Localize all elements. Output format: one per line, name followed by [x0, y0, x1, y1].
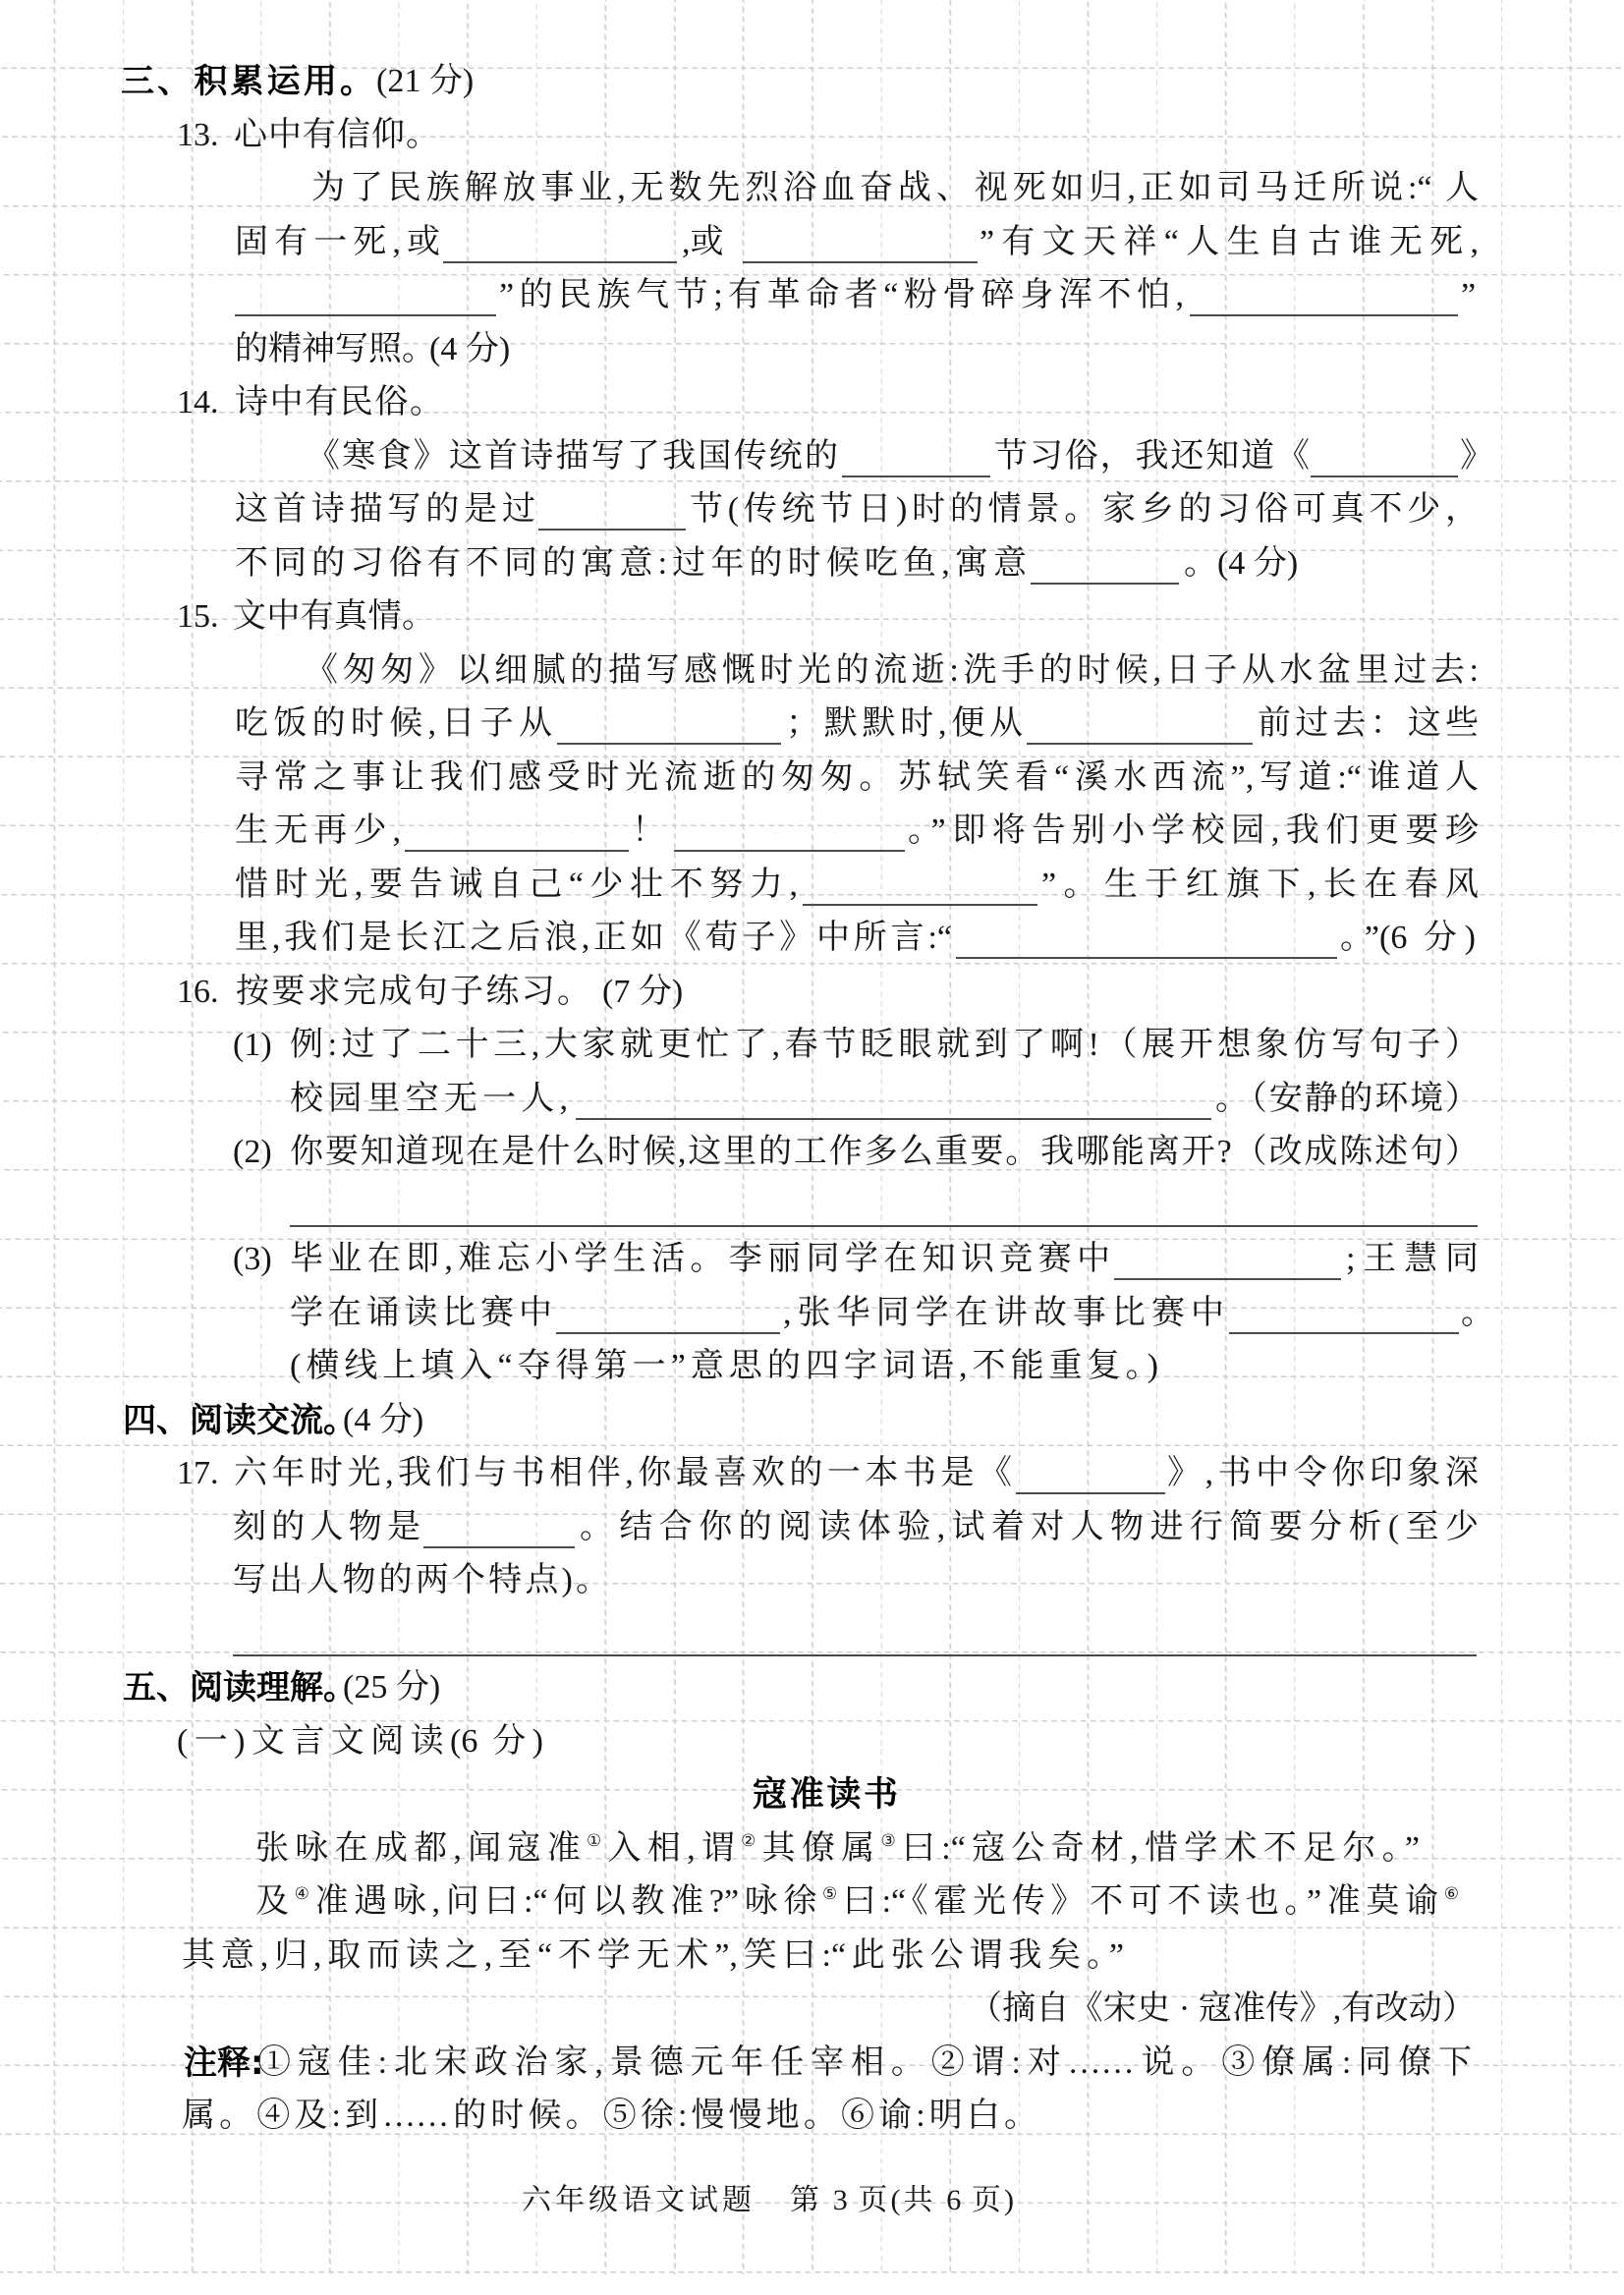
q16-item-3-line-1: (3) 毕业在即,难忘小学生活。李丽同学在知识竞赛中 ;王慧同	[0, 1233, 1624, 1286]
q15-line-2: 吃饭的时候,日子从 ；默默时,便从 前过去：这些	[0, 698, 1624, 751]
q15-line-1: 《匆匆》以细腻的描写感慨时光的流逝:洗手的时候,日子从水盆里过去:	[0, 644, 1624, 698]
section-4-heading: 四、阅读交流。 (4 分)	[0, 1394, 1624, 1447]
passage-title-line: 寇准读书	[0, 1768, 1624, 1821]
q13-heading: 13. 心中有信仰。	[0, 109, 1624, 162]
q15-line-4: 生无再少, ！ 。”即将告别小学校园,我们更要珍	[0, 805, 1624, 858]
passage-fragment: 准遇咏,问曰:“何以教准?”咏徐	[315, 1883, 822, 1920]
q13-text: 的精神写照。	[235, 323, 420, 376]
q14-title: 诗中有民俗。	[235, 376, 443, 429]
q17-text: 六年时光,我们与书相伴,你最喜欢的一本书是《	[234, 1447, 1012, 1500]
q13-score: (4 分)	[429, 323, 510, 376]
answer-blank	[1016, 1492, 1165, 1494]
q16-item-2-line-1: (2) 你要知道现在是什么时候,这里的工作多么重要。我哪能离开?（改成陈述句）	[0, 1126, 1624, 1179]
answer-blank	[556, 1332, 780, 1334]
footnote-marker: ④	[295, 1884, 315, 1903]
q16-item-3-line-2: 学在诵读比赛中 ,张华同学在讲故事比赛中 。	[0, 1287, 1624, 1340]
section-3-heading: 三、积累运用。 (21 分)	[0, 55, 1624, 108]
q13-text: ”的民族气节;有革命者“粉骨碎身浑不怕,	[499, 269, 1184, 322]
answer-blank	[538, 529, 686, 531]
q16-title: 按要求完成句子练习。	[236, 966, 590, 1019]
q17-text: 。结合你的阅读体验,试着对人物进行简要分析(至少	[580, 1501, 1479, 1554]
q15-text: 《匆匆》以细腻的描写感慨时光的流逝:洗手的时候,日子从水盆里过去:	[305, 644, 1479, 698]
q17-line-1: 17. 六年时光,我们与书相伴,你最喜欢的一本书是《 》,书中令你印象深	[0, 1447, 1624, 1500]
section-3-label: 三、积累运用。	[121, 55, 373, 108]
notes-text: 属。④及:到……的时候。⑤徐:慢慢地。⑥谕:明白。	[182, 2090, 1037, 2143]
footnote-marker: ①	[587, 1831, 608, 1850]
passage-text: 张咏在成都,闻寇准①入相,谓②其僚属③曰:“寇公奇材,惜学术不足尔。”	[255, 1822, 1420, 1875]
passage-source-line: （摘自《宋史 · 寇准传》,有改动）	[0, 1983, 1624, 2036]
answer-blank	[576, 1118, 1211, 1120]
q16-text: 。（安静的环境）	[1215, 1073, 1479, 1126]
q13-text: ,或	[682, 216, 724, 269]
q17-line-3: 写出人物的两个特点)。	[0, 1554, 1624, 1607]
answer-blank	[235, 314, 496, 316]
q16-item-1-line-1: (1) 例:过了二十三,大家就更忙了,春节眨眼就到了啊!（展开想象仿写句子）	[0, 1019, 1624, 1072]
q16-item-label: (3)	[233, 1233, 272, 1286]
notes-label: 注释:	[184, 2037, 255, 2090]
q16-text: 。	[1461, 1287, 1494, 1340]
q13-number: 13.	[177, 109, 219, 162]
q14-text: 节(传统节日)时的情景。家乡的习俗可真不少，	[690, 483, 1479, 536]
q15-text: 吃饭的时候,日子从	[235, 698, 552, 751]
q14-text: 这首诗描写的是过	[235, 483, 535, 536]
q17-line-2: 刻的人物是 。结合你的阅读体验,试着对人物进行简要分析(至少	[0, 1501, 1624, 1554]
footnote-marker: ⑤	[822, 1884, 843, 1903]
q16-text: 例:过了二十三,大家就更忙了,春节眨眼就到了啊!（展开想象仿写句子）	[290, 1019, 1479, 1072]
q14-number: 14.	[177, 376, 219, 429]
q17-text: 刻的人物是	[233, 1501, 420, 1554]
q15-text: 惜时光,要告诫自己“少壮不努力,	[235, 859, 798, 912]
q17-text: 》,书中令你印象深	[1167, 1447, 1479, 1500]
passage-fragment: 曰:“寇公奇材,惜学术不足尔。”	[902, 1830, 1420, 1867]
answer-blank	[557, 743, 781, 745]
passage-fragment: 其僚属	[762, 1830, 881, 1867]
q13-line-4: 的精神写照。 (4 分)	[0, 323, 1624, 376]
q15-title: 文中有真情。	[233, 590, 435, 644]
passage-fragment: 及	[255, 1883, 295, 1920]
q14-text: 不同的习俗有不同的寓意:过年的时候吃鱼,寓意	[235, 537, 1027, 590]
passage-fragment: 曰:“《霍光传》不可不读也。”准莫谕	[843, 1883, 1444, 1920]
passage-line-3: 其意,归,取而读之,至“不学无术”,笑曰:“此张公谓我矣。”	[0, 1930, 1624, 1983]
answer-blank	[443, 261, 677, 263]
q16-item-label: (2)	[233, 1126, 272, 1179]
answer-blank	[405, 850, 629, 852]
q13-text: ”	[1461, 269, 1476, 322]
answer-blank	[1229, 1332, 1459, 1334]
q15-text: 寻常之事让我们感受时光流逝的匆匆。苏轼笑看“溪水西流”,写道:“谁道人	[235, 752, 1479, 805]
q16-item-label: (1)	[233, 1019, 272, 1072]
q13-text: ”有文天祥“人生自古谁无死,	[980, 216, 1479, 269]
q17-text: 写出人物的两个特点)。	[233, 1554, 609, 1607]
answer-blank	[743, 261, 978, 263]
answer-blank	[233, 1654, 1477, 1656]
answer-blank	[290, 1225, 1478, 1227]
q14-line-3: 不同的习俗有不同的寓意:过年的时候吃鱼,寓意 。(4 分)	[0, 537, 1624, 590]
q13-title: 心中有信仰。	[234, 109, 439, 162]
q14-text: 节习俗，我还知道《	[994, 430, 1310, 483]
q15-text: 生无再少,	[235, 805, 401, 858]
section-5-label: 五、阅读理解。	[123, 1661, 338, 1714]
q16-text: 毕业在即,难忘小学生活。李丽同学在知识竞赛中	[290, 1233, 1110, 1286]
notes-line-2: 属。④及:到……的时候。⑤徐:慢慢地。⑥谕:明白。	[0, 2090, 1624, 2143]
part-1-label: (一)文言文阅读(6 分)	[177, 1715, 543, 1768]
q13-text: 固有一死,或	[235, 216, 440, 269]
passage-text: 其意,归,取而读之,至“不学无术”,笑曰:“此张公谓我矣。”	[182, 1930, 1124, 1983]
q14-text: 》	[1460, 430, 1493, 483]
q15-line-6: 里,我们是长江之后浪,正如《荀子》中所言:“ 。”(6 分)	[0, 912, 1624, 965]
q15-line-3: 寻常之事让我们感受时光流逝的匆匆。苏轼笑看“溪水西流”,写道:“谁道人	[0, 752, 1624, 805]
footer-title: 六年级语文试题	[522, 2174, 752, 2227]
answer-blank	[1031, 583, 1179, 585]
q16-text: 你要知道现在是什么时候,这里的工作多么重要。我哪能离开?（改成陈述句）	[290, 1126, 1479, 1179]
q15-text: 里,我们是长江之后浪,正如《荀子》中所言:“	[235, 912, 952, 965]
answer-blank	[1114, 1278, 1341, 1280]
section-5-score: (25 分)	[343, 1661, 440, 1714]
q14-text: 《寒食》这首诗描写了我国传统的	[307, 430, 838, 483]
q14-line-2: 这首诗描写的是过 节(传统节日)时的情景。家乡的习俗可真不少，	[0, 483, 1624, 536]
q16-text: ;王慧同	[1346, 1233, 1479, 1286]
passage-fragment: 入相,谓	[608, 1830, 742, 1867]
answer-blank	[1027, 743, 1253, 745]
q13-line-3: ”的民族气节;有革命者“粉骨碎身浑不怕, ”	[0, 269, 1624, 322]
q15-text: ！	[632, 805, 665, 858]
passage-text: 及④准遇咏,问曰:“何以教准?”咏徐⑤曰:“《霍光传》不可不读也。”准莫谕⑥	[255, 1875, 1459, 1929]
q16-number: 16.	[177, 966, 219, 1019]
passage-title: 寇准读书	[753, 1768, 898, 1821]
q16-score: (7 分)	[602, 966, 683, 1019]
q15-heading: 15. 文中有真情。	[0, 590, 1624, 644]
q16-text: 学在诵读比赛中	[290, 1287, 552, 1340]
q16-item-3-line-3: (横线上填入“夺得第一”意思的四字词语,不能重复。)	[0, 1340, 1624, 1393]
exam-page: 三、积累运用。 (21 分) 13. 心中有信仰。 为了民族解放事业,无数先烈浴…	[0, 0, 1624, 2295]
answer-blank	[803, 904, 1037, 906]
section-4-score: (4 分)	[343, 1394, 423, 1447]
answer-blank	[674, 850, 905, 852]
page-footer: 六年级语文试题 第 3 页(共 6 页)	[0, 2174, 1624, 2227]
answer-blank	[1190, 314, 1458, 316]
q16-text: ,张华同学在讲故事比赛中	[783, 1287, 1224, 1340]
q17-answer-line	[0, 1608, 1624, 1661]
q13-line-2: 固有一死,或 ,或 ”有文天祥“人生自古谁无死,	[0, 216, 1624, 269]
answer-blank	[1311, 476, 1458, 477]
q15-text: 前过去：这些	[1258, 698, 1479, 751]
q16-heading: 16. 按要求完成句子练习。 (7 分)	[0, 966, 1624, 1019]
q15-text: ；默默时,便从	[786, 698, 1023, 751]
footnote-marker: ②	[741, 1831, 762, 1850]
passage-source: （摘自《宋史 · 寇准传》,有改动）	[969, 1983, 1476, 2036]
q16-item-1-line-2: 校园里空无一人, 。（安静的环境）	[0, 1073, 1624, 1126]
q14-line-1: 《寒食》这首诗描写了我国传统的 节习俗，我还知道《 》	[0, 430, 1624, 483]
q13-text: 为了民族解放事业,无数先烈浴血奋战、视死如归,正如司马迁所说:“ 人	[311, 162, 1479, 215]
footnote-marker: ⑥	[1444, 1884, 1459, 1903]
q16-item-2-answer-line	[0, 1180, 1624, 1233]
q17-number: 17.	[177, 1447, 219, 1500]
answer-blank	[423, 1546, 575, 1548]
footer-page-number: 第 3 页(共 6 页)	[790, 2174, 1014, 2227]
q14-score: 。(4 分)	[1184, 537, 1298, 590]
notes-text: ①寇佳:北宋政治家,景德元年任宰相。②谓:对……说。③僚属:同僚下	[257, 2037, 1472, 2090]
q16-instruction: (横线上填入“夺得第一”意思的四字词语,不能重复。)	[290, 1340, 1158, 1393]
section-4-label: 四、阅读交流。	[123, 1394, 338, 1447]
q15-text: ”。生于红旗下,长在春风	[1041, 859, 1479, 912]
q15-number: 15.	[177, 590, 219, 644]
notes-line-1: 注释: ①寇佳:北宋政治家,景德元年任宰相。②谓:对……说。③僚属:同僚下	[0, 2037, 1624, 2090]
section-3-score: (21 分)	[376, 55, 474, 108]
part-1-heading: (一)文言文阅读(6 分)	[0, 1715, 1624, 1768]
q14-heading: 14. 诗中有民俗。	[0, 376, 1624, 429]
q16-text: 校园里空无一人,	[290, 1073, 568, 1126]
footnote-marker: ③	[880, 1831, 902, 1850]
q13-line-1: 为了民族解放事业,无数先烈浴血奋战、视死如归,正如司马迁所说:“ 人	[0, 162, 1624, 215]
passage-line-1: 张咏在成都,闻寇准①入相,谓②其僚属③曰:“寇公奇材,惜学术不足尔。”	[0, 1822, 1624, 1875]
passage-fragment: 张咏在成都,闻寇准	[255, 1830, 587, 1867]
passage-line-2: 及④准遇咏,问曰:“何以教准?”咏徐⑤曰:“《霍光传》不可不读也。”准莫谕⑥	[0, 1875, 1624, 1929]
q15-line-5: 惜时光,要告诫自己“少壮不努力, ”。生于红旗下,长在春风	[0, 859, 1624, 912]
answer-blank	[956, 957, 1337, 959]
answer-blank	[842, 476, 990, 477]
q15-text: 。”(6 分)	[1340, 912, 1476, 965]
q15-text: 。”即将告别小学校园,我们更要珍	[908, 805, 1479, 858]
section-5-heading: 五、阅读理解。 (25 分)	[0, 1661, 1624, 1714]
